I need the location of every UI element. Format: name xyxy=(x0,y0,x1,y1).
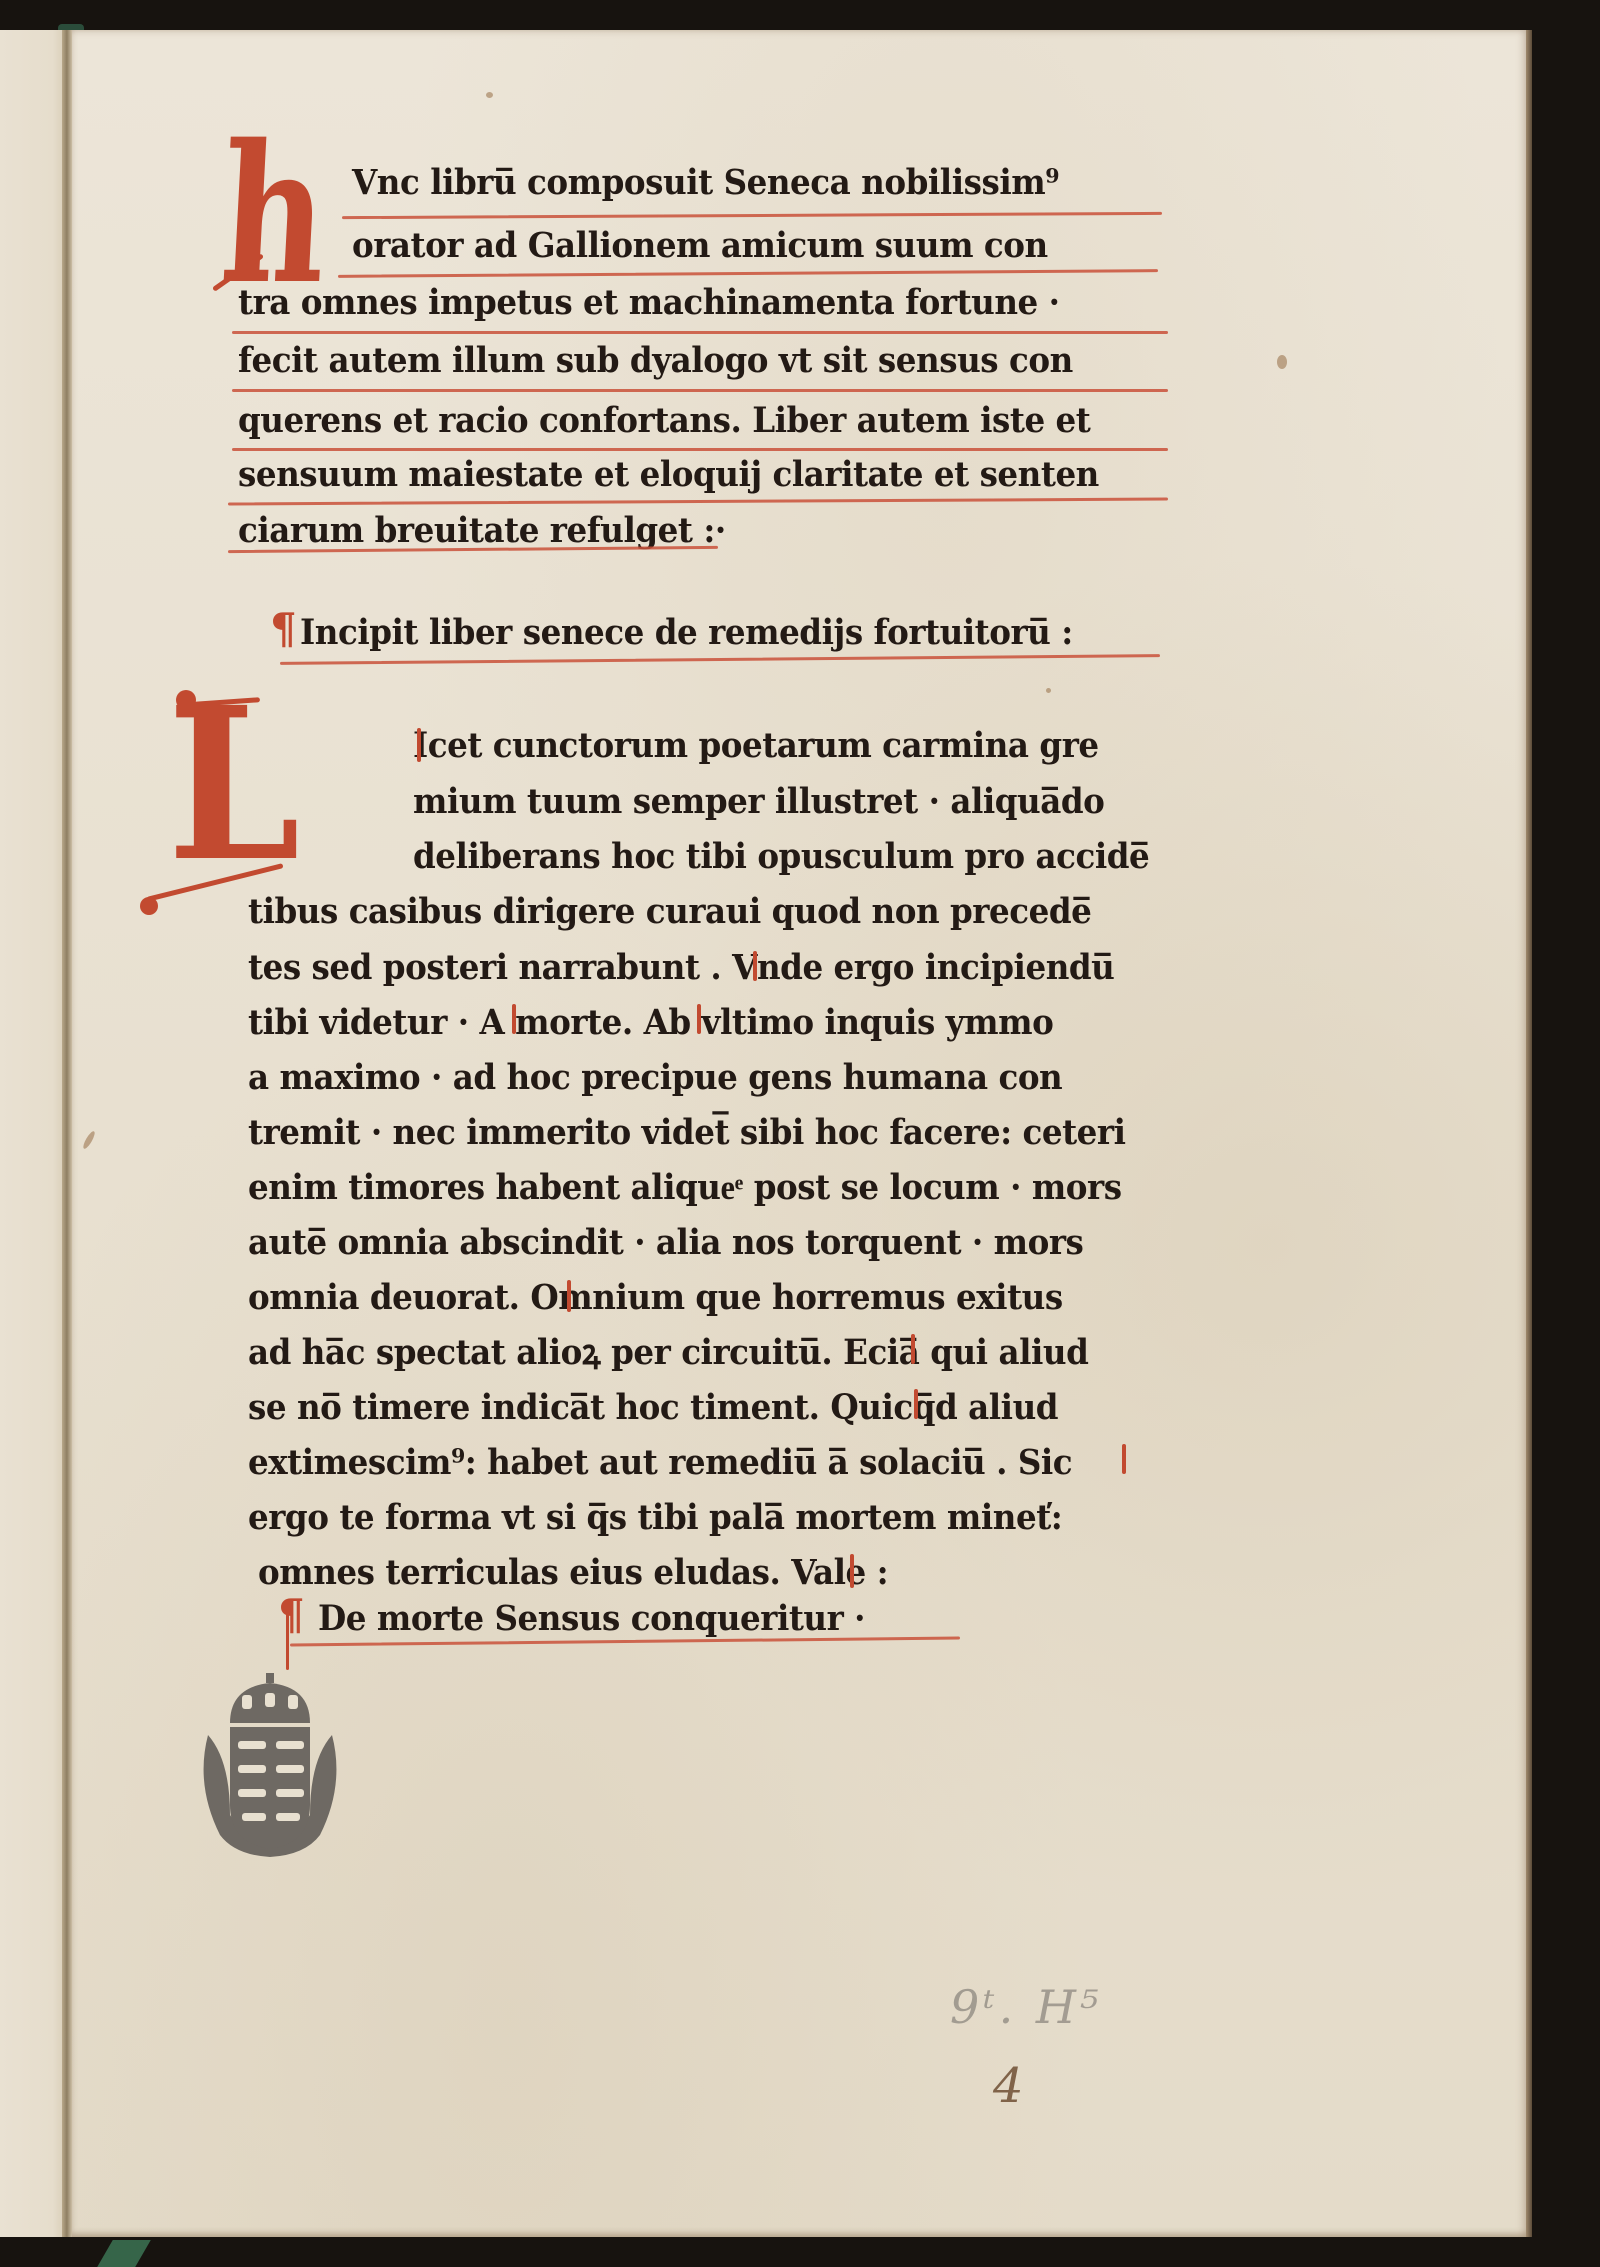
red-underline xyxy=(232,389,1168,392)
foxing-spot xyxy=(1046,688,1051,693)
body-line-5: tes sed posteri narrabunt . Vnde ergo in… xyxy=(248,945,1114,991)
body-line-10: aute̅ omnia abscindit · alia nos torquen… xyxy=(248,1220,1083,1266)
rubrication-stroke xyxy=(697,1004,701,1034)
body-line-14: extimescim⁹: habet aut remediu̅ a̅ solac… xyxy=(248,1440,1072,1486)
preface-line-3: tra omnes impetus et machinamenta fortun… xyxy=(238,280,1060,326)
crowned-coat-of-arms-stamp-icon xyxy=(190,1665,350,1865)
flourish-terminal xyxy=(176,690,196,710)
pencil-shelfmark: 9ᵗ. H⁵ xyxy=(950,1980,1102,2034)
book-scan: h Vnc libru̅ composuit Seneca nobilissim… xyxy=(0,0,1600,2267)
rubrication-stroke xyxy=(417,728,421,762)
paragraph-mark-icon: ¶ xyxy=(278,1590,305,1639)
body-line-9: enim timores habent aliqueͤ post se locu… xyxy=(248,1165,1122,1211)
rubric-heading-text: De morte Sensus conqueritur · xyxy=(318,1596,865,1642)
body-line-11: omnia deuorat. Omnium que horremus exitu… xyxy=(248,1275,1063,1321)
body-line-7: a maximo · ad hoc precipue gens humana c… xyxy=(248,1055,1062,1101)
preface-line-2: orator ad Gallionem amicum suum con xyxy=(352,223,1048,269)
body-line-8: tremit · nec immerito videt̅ sibi hoc fa… xyxy=(248,1110,1125,1156)
rubrication-stroke xyxy=(753,951,757,981)
rubrication-stroke xyxy=(512,1004,516,1034)
fore-edge-shadow xyxy=(1526,30,1532,2237)
paragraph-mark-stem xyxy=(286,1600,289,1670)
body-line-15: ergo te forma vt si q̅s tibi pala̅ morte… xyxy=(248,1495,1062,1541)
preface-line-6: sensuum maiestate et eloquij claritate e… xyxy=(238,452,1099,498)
body-line-4: tibus casibus dirigere curaui quod non p… xyxy=(248,889,1091,935)
red-underline xyxy=(232,331,1168,334)
paragraph-mark-icon: ¶ xyxy=(270,604,297,653)
body-line-1: Icet cunctorum poetarum carmina gre xyxy=(413,723,1099,769)
preface-line-4: fecit autem illum sub dyalogo vt sit sen… xyxy=(238,338,1073,384)
flourish-terminal xyxy=(140,897,158,915)
body-line-2: mium tuum semper illustret · aliqua̅do xyxy=(413,779,1104,825)
preface-line-1: Vnc libru̅ composuit Seneca nobilissim⁹ xyxy=(352,160,1059,206)
rubrication-stroke xyxy=(914,1389,918,1419)
rubrication-stroke xyxy=(911,1334,915,1364)
rubrication-stroke xyxy=(1122,1444,1126,1474)
preface-line-5: querens et racio confortans. Liber autem… xyxy=(238,398,1090,444)
body-line-6: tibi videtur · A morte. Ab vltimo inquis… xyxy=(248,1000,1053,1046)
body-line-13: se no̅ timere indica̅t hoc timent. Quicq… xyxy=(248,1385,1058,1431)
body-line-16: omnes terriculas eius eludas. Vale : xyxy=(258,1550,888,1596)
foxing-spot xyxy=(486,92,493,98)
incipit-text: Incipit liber senece de remedijs fortuit… xyxy=(300,610,1073,656)
body-line-12: ad ha̅c spectat alioꝝ per circuitu̅. Eci… xyxy=(248,1330,1088,1376)
foxing-spot xyxy=(1277,355,1287,369)
rubricated-initial-l: L xyxy=(167,680,300,890)
red-underline xyxy=(232,448,1168,451)
ink-folio-number: 4 xyxy=(993,2058,1024,2114)
binding-cloth-bottom xyxy=(97,2240,151,2267)
rubrication-stroke xyxy=(567,1280,571,1312)
verso-page-edge xyxy=(0,30,66,2237)
body-line-3: deliberans hoc tibi opusculum pro accide… xyxy=(413,834,1149,880)
rubrication-stroke xyxy=(850,1554,854,1588)
